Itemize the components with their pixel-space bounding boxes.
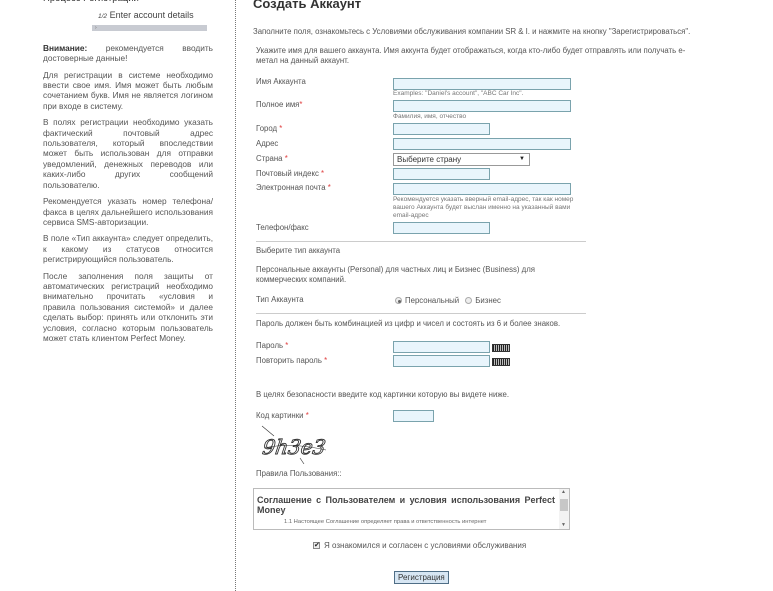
full-name-input[interactable] [393,100,571,112]
register-button[interactable]: Регистрация [394,571,449,584]
city-input[interactable] [393,123,490,135]
captcha-label: Код картинки * [256,411,309,420]
address-label: Адрес [256,139,278,148]
password-input[interactable] [393,341,490,353]
repeat-password-label: Повторить пароль * [256,356,327,365]
city-label: Город * [256,124,282,133]
country-select[interactable]: Выберите страну ▼ [393,153,530,166]
progress-step-text: Enter account details [110,10,194,20]
zip-input[interactable] [393,168,490,180]
required-mark: * [328,183,331,192]
section-divider [256,241,586,242]
required-mark: * [306,411,309,420]
account-type-description: Персональные аккаунты (Personal) для час… [256,265,556,285]
page-title: Создать Аккаунт [253,0,361,11]
terms-heading: Соглашение с Пользователем и условия исп… [257,495,555,505]
terms-label: Правила Пользования:: [256,469,342,478]
account-name-input[interactable] [393,78,571,90]
repeat-password-input[interactable] [393,355,490,367]
captcha-input[interactable] [393,410,434,422]
help-paragraph-name: Для регистрации в системе необходимо вве… [43,70,213,112]
agree-label: Я ознакомился и согласен с условиями обс… [324,541,526,550]
address-input[interactable] [393,138,571,150]
full-name-hint: Фамилия, имя, отчество [393,113,466,121]
captcha-image: 9h3e3 [260,424,332,464]
account-name-hint: Examples: "Daniel's account", "ABC Car I… [393,90,523,98]
phone-input[interactable] [393,222,490,234]
warning-label: Внимание: [43,43,87,53]
account-type-radio-group: Персональный Бизнес [395,296,505,305]
agree-checkbox[interactable]: ✔ [313,542,320,549]
phone-label: Телефон/факс [256,223,309,232]
help-paragraph-address: В полях регистрации необходимо указать ф… [43,117,213,190]
email-hint: Рекомендуется указать вверный email-адре… [393,196,578,220]
country-selected: Выберите страну [397,155,461,164]
password-label: Пароль * [256,341,288,350]
required-mark: * [299,100,302,109]
country-label: Страна * [256,154,288,163]
intro-text: Заполните поля, ознакомьтесь с Условиями… [253,27,690,36]
terms-first-line: 1.1 Настоящее Соглашение определяет прав… [284,519,569,525]
help-paragraph-account-type: В поле «Тип аккаунта» следует определить… [43,233,213,264]
virtual-keyboard-icon[interactable] [492,358,510,366]
progress-step-fraction: 1/2 [98,13,107,20]
required-mark: * [324,356,327,365]
scroll-up-icon[interactable]: ▲ [561,489,566,495]
section-divider [256,313,586,314]
captcha-note: В целях безопасности введите код картинк… [256,390,509,399]
required-mark: * [321,169,324,178]
radio-business-label: Бизнес [475,296,501,305]
agree-row: ✔Я ознакомился и согласен с условиями об… [313,541,526,550]
help-paragraph-phone: Рекомендуется указать номер телефона/фак… [43,196,213,227]
account-name-note: Укажите имя для вашего аккаунта. Имя акк… [256,46,706,66]
radio-personal-label: Персональный [405,296,459,305]
radio-business[interactable] [465,297,472,304]
svg-text:9h3e3: 9h3e3 [261,435,327,459]
virtual-keyboard-icon[interactable] [492,344,510,352]
zip-label: Почтовый индекс * [256,169,324,178]
full-name-label: Полное имя* [256,100,302,109]
scroll-down-icon[interactable]: ▼ [561,522,566,528]
dropdown-arrow-icon: ▼ [519,154,525,165]
scroll-thumb[interactable] [560,499,568,511]
required-mark: * [285,154,288,163]
progress-bar: › [92,25,207,31]
account-type-heading: Выберите тип аккаунта [256,246,340,255]
password-note: Пароль должен быть комбинацией из цифр и… [256,319,560,328]
account-type-label: Тип Аккаунта [256,295,304,304]
sidebar-title: Процесс Регистрации [43,0,213,4]
email-input[interactable] [393,183,571,195]
radio-personal[interactable] [395,297,402,304]
progress-tick: › [95,25,97,31]
terms-textarea[interactable]: Соглашение с Пользователем и условия исп… [253,488,570,530]
required-mark: * [285,341,288,350]
progress-step-label: 1/2 Enter account details [98,10,213,22]
registration-sidebar: Процесс Регистрации 1/2 Enter account de… [43,0,213,349]
required-mark: * [279,124,282,133]
terms-scrollbar[interactable]: ▲ ▼ [559,489,569,529]
help-paragraph-terms: После заполнения поля защиты от автомати… [43,271,213,344]
terms-heading-cont: Money [257,505,569,515]
dotted-divider [235,0,236,591]
warning-paragraph: Внимание: рекомендуется вводить достовер… [43,43,213,64]
email-label: Электронная почта * [256,183,331,192]
account-name-label: Имя Аккаунта [256,77,306,86]
